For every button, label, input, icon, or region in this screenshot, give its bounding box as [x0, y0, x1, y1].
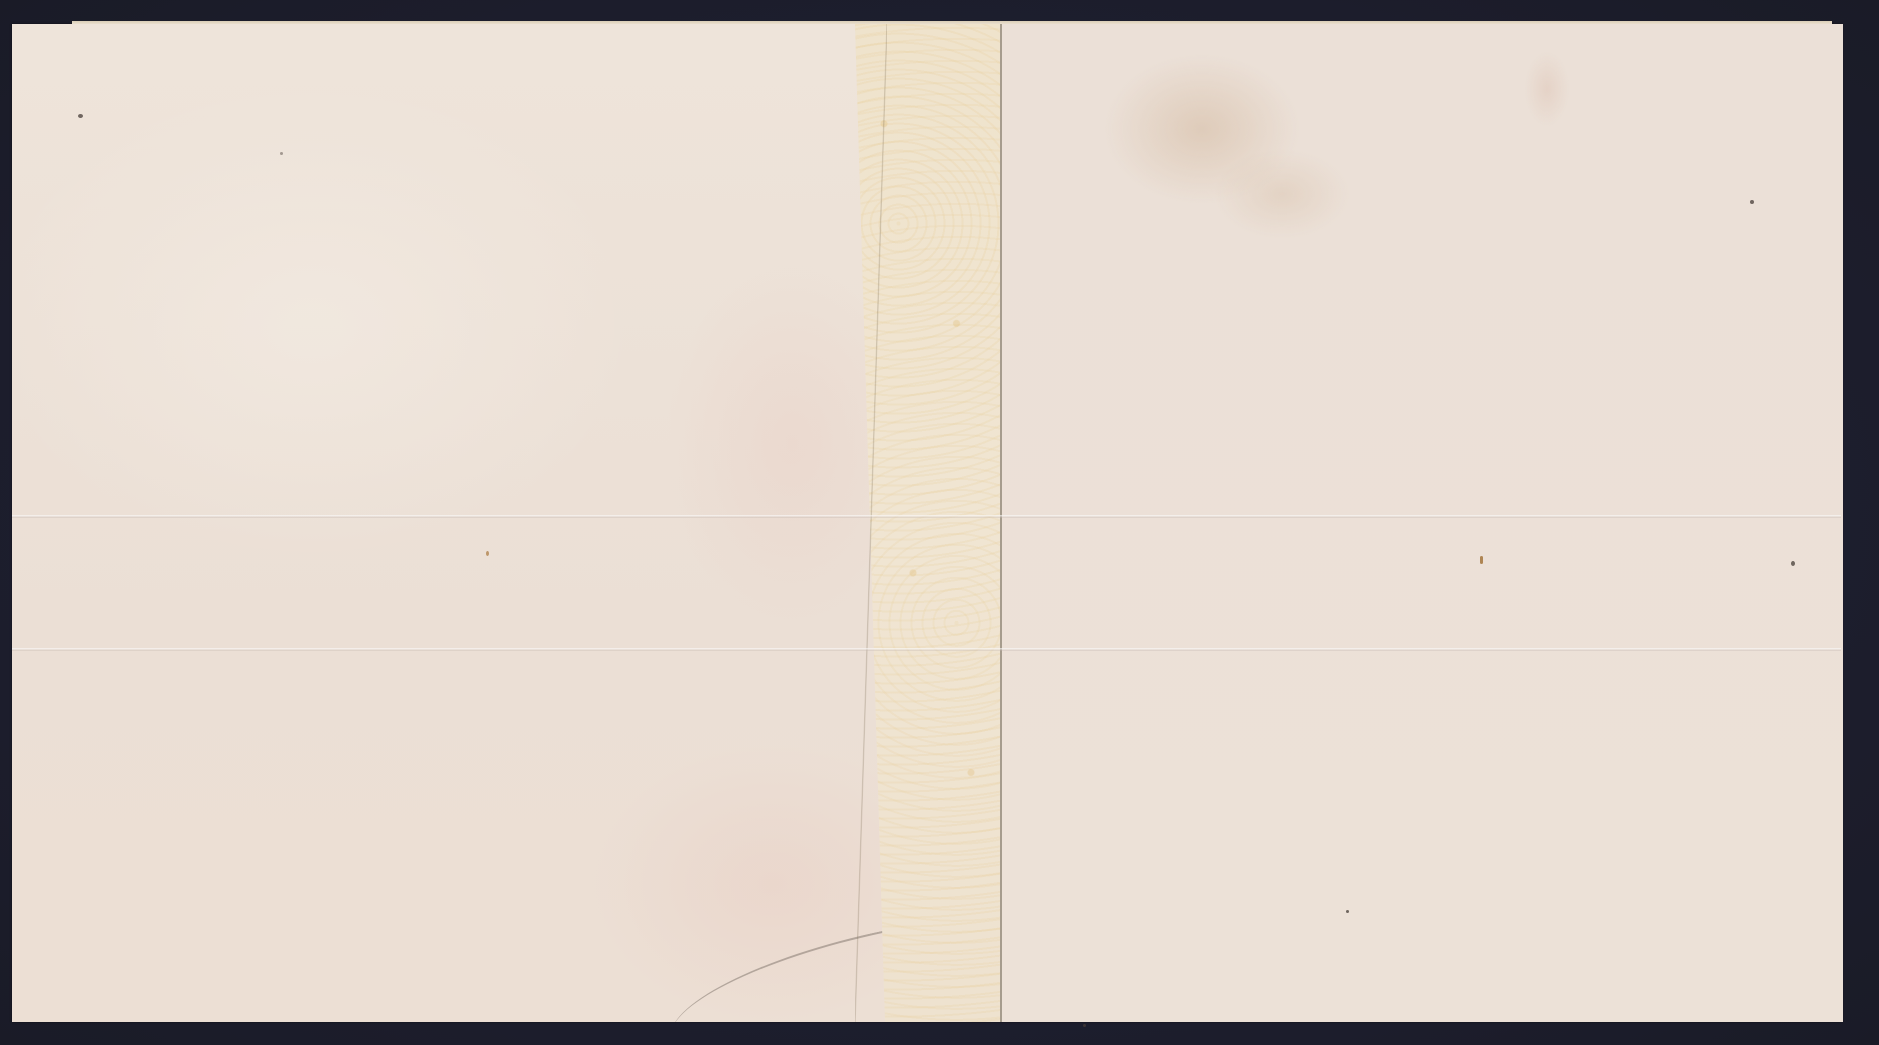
letter-sheet: [12, 24, 1841, 1022]
left-panel: [12, 24, 885, 1022]
fold-line-upper: [12, 515, 1841, 518]
paper-speck: [1346, 910, 1349, 913]
paper-speck: [1750, 200, 1754, 204]
strip-edge: [855, 24, 887, 1022]
paper-speck: [486, 551, 489, 556]
paper-speck: [1083, 1024, 1086, 1027]
paper-speck: [78, 114, 83, 118]
paper-speck: [1791, 561, 1795, 566]
right-panel: [1000, 24, 1843, 1022]
photo-scene: [0, 0, 1879, 1045]
fold-line-lower: [12, 648, 1841, 651]
paper-speck: [280, 152, 283, 155]
paper-speck: [1480, 556, 1483, 564]
